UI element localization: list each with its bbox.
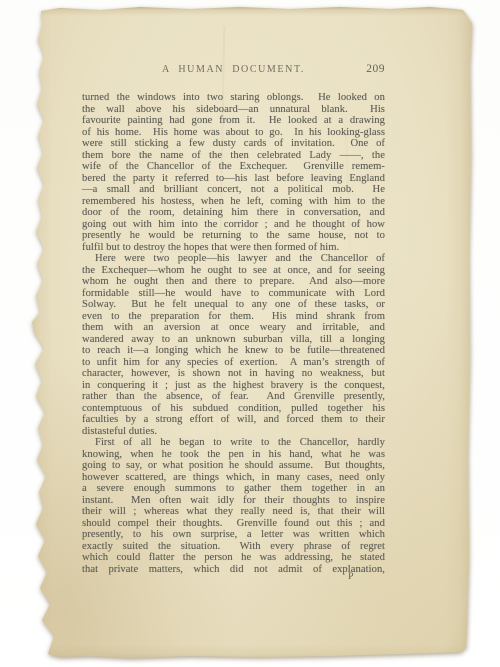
text-line: a severe enough summons to gather them t… — [82, 483, 385, 495]
text-line: of his home. His home was about to go. I… — [82, 127, 385, 139]
text-line: knowing, when he took the pen in his han… — [82, 449, 385, 461]
text-line: First of all he began to write to the Ch… — [82, 437, 385, 449]
text-line: presently, to his own surprise, a letter… — [82, 529, 385, 541]
text-line: wandered away to an unknown suburban vil… — [82, 334, 385, 346]
text-line: them bore the name of the then celebrate… — [82, 150, 385, 162]
text-line: exactly suited the situation. With every… — [82, 541, 385, 553]
text-line: faculties by a strong effort of will, an… — [82, 414, 385, 426]
text-line: to unfit him for any species of exertion… — [82, 357, 385, 369]
text-line: Solway. But he felt unequal to any one o… — [82, 299, 385, 311]
text-line: formidable still—he would have to commun… — [82, 288, 385, 300]
text-line: the Exchequer—whom he ought to see at on… — [82, 265, 385, 277]
page-shadow: A HUMAN DOCUMENT. 209 turned the windows… — [0, 0, 500, 667]
signature-mark: P — [344, 572, 358, 582]
paragraph: Here were two people—his lawyer and the … — [82, 253, 385, 437]
text-line: to reach it—a longing which he knew to b… — [82, 345, 385, 357]
page-body: turned the windows into two staring oblo… — [82, 92, 385, 575]
text-line: door of the room, detaining him there in… — [82, 207, 385, 219]
text-line: distasteful duties. — [82, 426, 385, 438]
text-line: going out with him into the corridor ; a… — [82, 219, 385, 231]
text-line: their will ; whereas what they really ne… — [82, 506, 385, 518]
text-line: even to the preparation for them. His mi… — [82, 311, 385, 323]
text-line: that private matters, which did not admi… — [82, 564, 385, 576]
text-line: fulfil but to destroy the hopes that wer… — [82, 242, 385, 254]
text-line: which could flatter the person he was ad… — [82, 552, 385, 564]
text-line: favourite painting had gone from it. He … — [82, 115, 385, 127]
text-line: wife of the Chancellor of the Exchequer.… — [82, 161, 385, 173]
text-line: should compel their thoughts. Grenville … — [82, 518, 385, 530]
text-line: character, however, is shown not in havi… — [82, 368, 385, 380]
text-line: turned the windows into two staring oblo… — [82, 92, 385, 104]
text-line: however scattered, are things which, in … — [82, 472, 385, 484]
paragraph: First of all he began to write to the Ch… — [82, 437, 385, 575]
text-line: Here were two people—his lawyer and the … — [82, 253, 385, 265]
paragraph: turned the windows into two staring oblo… — [82, 92, 385, 253]
text-line: remembered his hostess, when he left, co… — [82, 196, 385, 208]
text-line: the wall above his sideboard—an unnatura… — [82, 104, 385, 116]
text-line: them with an aversion at once weary and … — [82, 322, 385, 334]
text-line: bered the party it referred to—his last … — [82, 173, 385, 185]
running-title: A HUMAN DOCUMENT. — [82, 64, 385, 75]
text-line: contemptuous of his subdued condition, p… — [82, 403, 385, 415]
page-number: 209 — [366, 63, 385, 75]
text-line: instant. Men often wait idly for their t… — [82, 495, 385, 507]
page-header: A HUMAN DOCUMENT. 209 — [82, 64, 385, 77]
scan-background: A HUMAN DOCUMENT. 209 turned the windows… — [0, 0, 500, 667]
text-line: rather than the absence, of fear. And Gr… — [82, 391, 385, 403]
text-line: whom he ought then and there to prepare.… — [82, 276, 385, 288]
book-page: A HUMAN DOCUMENT. 209 turned the windows… — [30, 6, 472, 662]
text-line: presently he would be returning to the s… — [82, 230, 385, 242]
text-line: going to say, or what position he should… — [82, 460, 385, 472]
text-line: —a small and brilliant concert, not a po… — [82, 184, 385, 196]
text-line: were still sticking a few dusty cards of… — [82, 138, 385, 150]
text-line: in conquering it ; just as the highest b… — [82, 380, 385, 392]
